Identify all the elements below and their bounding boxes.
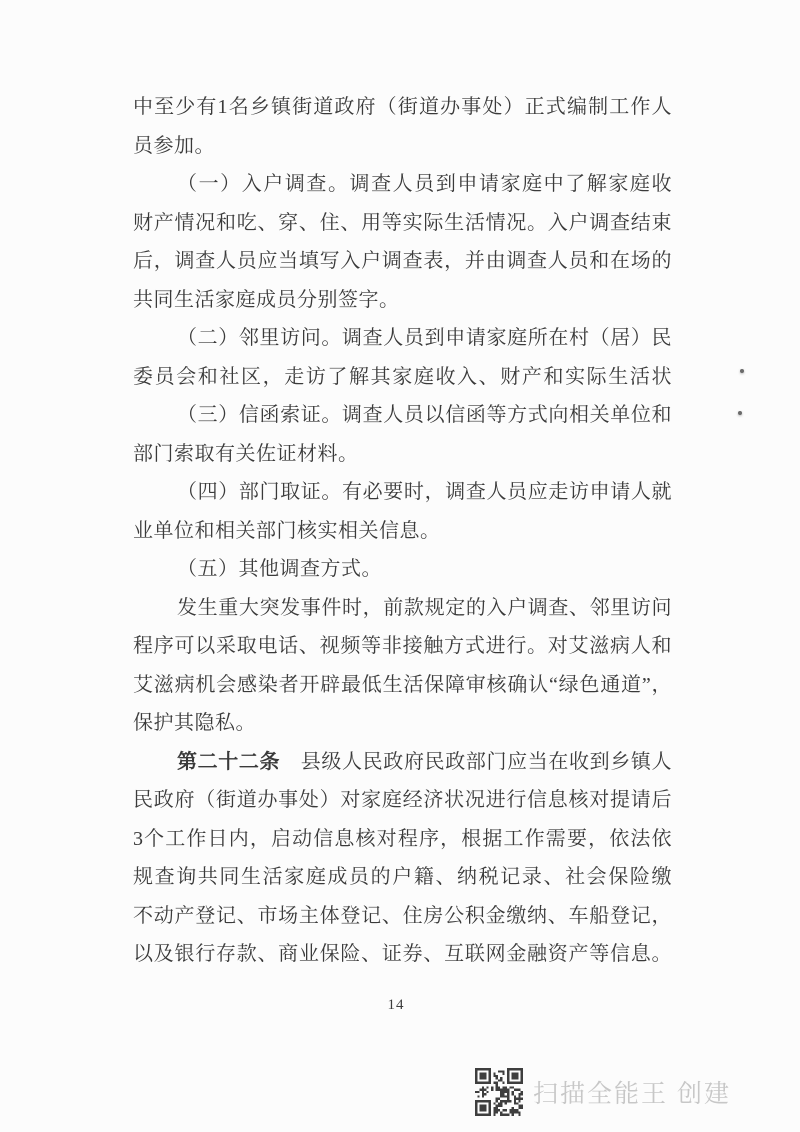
text-line: 民政府（街道办事处）对家庭经济状况进行信息核对提请后 [133,781,672,820]
text-line: 业单位和相关部门核实相关信息。 [133,512,672,551]
text-line: 发生重大突发事件时，前款规定的入户调查、邻里访问 [133,589,672,628]
text-line: （二）邻里访问。调查人员到申请家庭所在村（居）民 [133,319,672,358]
text-line: 不动产登记、市场主体登记、住房公积金缴纳、车船登记， [133,897,672,936]
text-line: （四）部门取证。有必要时，调查人员应走访申请人就 [133,473,672,512]
text-line: 部门索取有关佐证材料。 [133,435,672,474]
document-page: 中至少有1名乡镇街道政府（街道办事处）正式编制工作人员参加。（一）入户调查。调查… [0,0,800,1132]
text-line: 第二十二条 县级人民政府民政部门应当在收到乡镇人 [133,743,672,782]
text-line: 程序可以采取电话、视频等非接触方式进行。对艾滋病人和 [133,627,672,666]
page-body-text: 中至少有1名乡镇街道政府（街道办事处）正式编制工作人员参加。（一）入户调查。调查… [133,88,672,974]
text-line: 员参加。 [133,127,672,166]
text-line: （三）信函索证。调查人员以信函等方式向相关单位和 [133,396,672,435]
scan-artifact-speck [740,369,744,373]
text-line: 中至少有1名乡镇街道政府（街道办事处）正式编制工作人 [133,88,672,127]
qr-code-icon [475,1068,523,1116]
text-line: 共同生活家庭成员分别签字。 [133,281,672,320]
text-line: 3个工作日内，启动信息核对程序，根据工作需要，依法依 [133,820,672,859]
scanner-watermark: 扫描全能王 创建 [475,1068,731,1116]
text-line: 以及银行存款、商业保险、证券、互联网金融资产等信息。 [133,935,672,974]
text-line: 后，调查人员应当填写入户调查表，并由调查人员和在场的 [133,242,672,281]
text-line: （一）入户调查。调查人员到申请家庭中了解家庭收入、 [133,165,672,204]
text-line: 财产情况和吃、穿、住、用等实际生活情况。入户调查结束 [133,204,672,243]
text-line: 艾滋病机会感染者开辟最低生活保障审核确认“绿色通道”， [133,666,672,705]
text-line: 保护其隐私。 [133,704,672,743]
text-line: （五）其他调查方式。 [133,550,672,589]
scanner-watermark-text: 扫描全能王 创建 [533,1074,731,1110]
page-number: 14 [0,997,792,1014]
text-line: 规查询共同生活家庭成员的户籍、纳税记录、社会保险缴纳、 [133,858,672,897]
text-line: 委员会和社区，走访了解其家庭收入、财产和实际生活状况。 [133,358,672,397]
scan-artifact-speck [738,411,742,415]
